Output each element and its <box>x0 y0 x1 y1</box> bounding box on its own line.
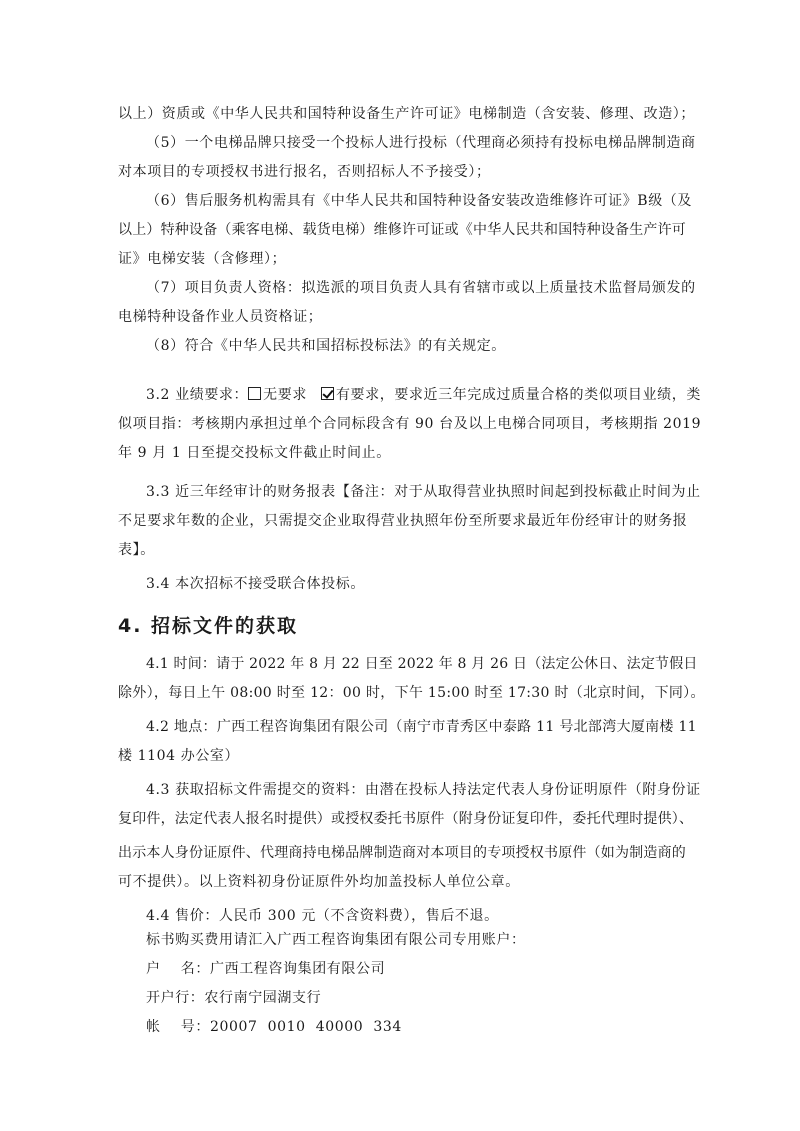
section-4-1-line1: 4.1 时间：请于 2022 年 8 月 22 日至 2022 年 8 月 26… <box>146 654 684 674</box>
checkbox-has-requirement[interactable] <box>321 387 334 400</box>
checkbox-no-requirement[interactable] <box>248 387 261 400</box>
document-page: 以上）资质或《中华人民共和国特种设备生产许可证》电梯制造（含安装、修理、改造）；… <box>0 0 800 1131</box>
item-5-line1: （5）一个电梯品牌只接受一个投标人进行投标（代理商必须持有投标电梯品牌制造商 <box>146 133 684 153</box>
section-4-3-line3: 出示本人身份证原件、代理商持电梯品牌制造商对本项目的专项授权书原件（如为制造商的 <box>118 843 684 863</box>
option-has-requirement-label: 有要求，要求近三年完成过质量合格的类似项目业绩，类 <box>336 387 701 403</box>
section-3-2-line2: 似项目指：考核期内承担过单个合同标段含有 90 台及以上电梯合同项目，考核期指 … <box>118 414 684 434</box>
section-3-2-line3: 年 9 月 1 日至提交投标文件截止时间止。 <box>118 443 684 463</box>
section-4-3-line4: 可不提供）。以上资料初身份证原件外均加盖投标人单位公章。 <box>118 872 684 892</box>
section-3-3-line3: 表】。 <box>118 540 684 560</box>
account-number: 帐 号：20007 0010 40000 334 <box>146 1017 712 1037</box>
section-4-1-line2: 除外），每日上午 08:00 时至 12：00 时，下午 15:00 时至 17… <box>118 683 684 703</box>
text: （5）一个电梯品牌只接受一个投标人进行投标（代理商必须持有投标电梯品牌制造商 <box>146 133 684 153</box>
section-3-2-prefix: 3.2 业绩要求： <box>146 387 248 403</box>
item-6-line3: 证》电梯安装（含修理）； <box>118 249 684 269</box>
section-4-3-line2: 复印件，法定代表人报名时提供）或授权委托书原件（附身份证复印件，委托代理时提供）… <box>118 809 684 829</box>
section-4-2-line2: 楼 1104 办公室） <box>118 746 684 766</box>
item-7-line2: 电梯特种设备作业人员资格证； <box>118 307 684 327</box>
item-6-line1: （6）售后服务机构需具有《中华人民共和国特种设备安装改造维修许可证》B级（及 <box>146 191 684 211</box>
bank-name: 开户行：农行南宁园湖支行 <box>146 988 712 1008</box>
option-no-requirement-label: 无要求 <box>263 387 307 403</box>
account-name: 户 名：广西工程咨询集团有限公司 <box>146 959 712 979</box>
section-3-3-line2: 不足要求年数的企业，只需提交企业取得营业执照年份至所要求最近年份经审计的财务报 <box>118 511 684 531</box>
item-6-line2: 以上）特种设备（乘客电梯、载货电梯）维修许可证或《中华人民共和国特种设备生产许可 <box>118 220 684 240</box>
section-4-3-line1: 4.3 获取招标文件需提交的资料：由潜在投标人持法定代表人身份证明原件（附身份证 <box>146 780 684 800</box>
section-3-3-line1: 3.3 近三年经审计的财务报表【备注：对于从取得营业执照时间起到投标截止时间为止 <box>146 482 684 502</box>
section-3-4: 3.4 本次招标不接受联合体投标。 <box>146 574 712 594</box>
section-3-2-line1: 3.2 业绩要求：无要求有要求，要求近三年完成过质量合格的类似项目业绩，类 <box>146 385 684 405</box>
section-4-4-price: 4.4 售价：人民币 300 元（不含资料费），售后不退。 <box>146 906 712 926</box>
item-7-line1: （7）项目负责人资格：拟选派的项目负责人具有省辖市或以上质量技术监督局颁发的 <box>146 278 684 298</box>
item-8: （8）符合《中华人民共和国招标投标法》的有关规定。 <box>146 336 712 356</box>
text-line: 以上）资质或《中华人民共和国特种设备生产许可证》电梯制造（含安装、修理、改造）； <box>118 104 684 124</box>
section-4-heading: 4. 招标文件的获取 <box>118 613 298 639</box>
account-intro: 标书购买费用请汇入广西工程咨询集团有限公司专用账户： <box>146 930 712 950</box>
item-5-line2: 对本项目的专项授权书进行报名，否则招标人不予接受）； <box>118 162 684 182</box>
section-4-2-line1: 4.2 地点：广西工程咨询集团有限公司（南宁市青秀区中泰路 11 号北部湾大厦南… <box>146 717 684 737</box>
